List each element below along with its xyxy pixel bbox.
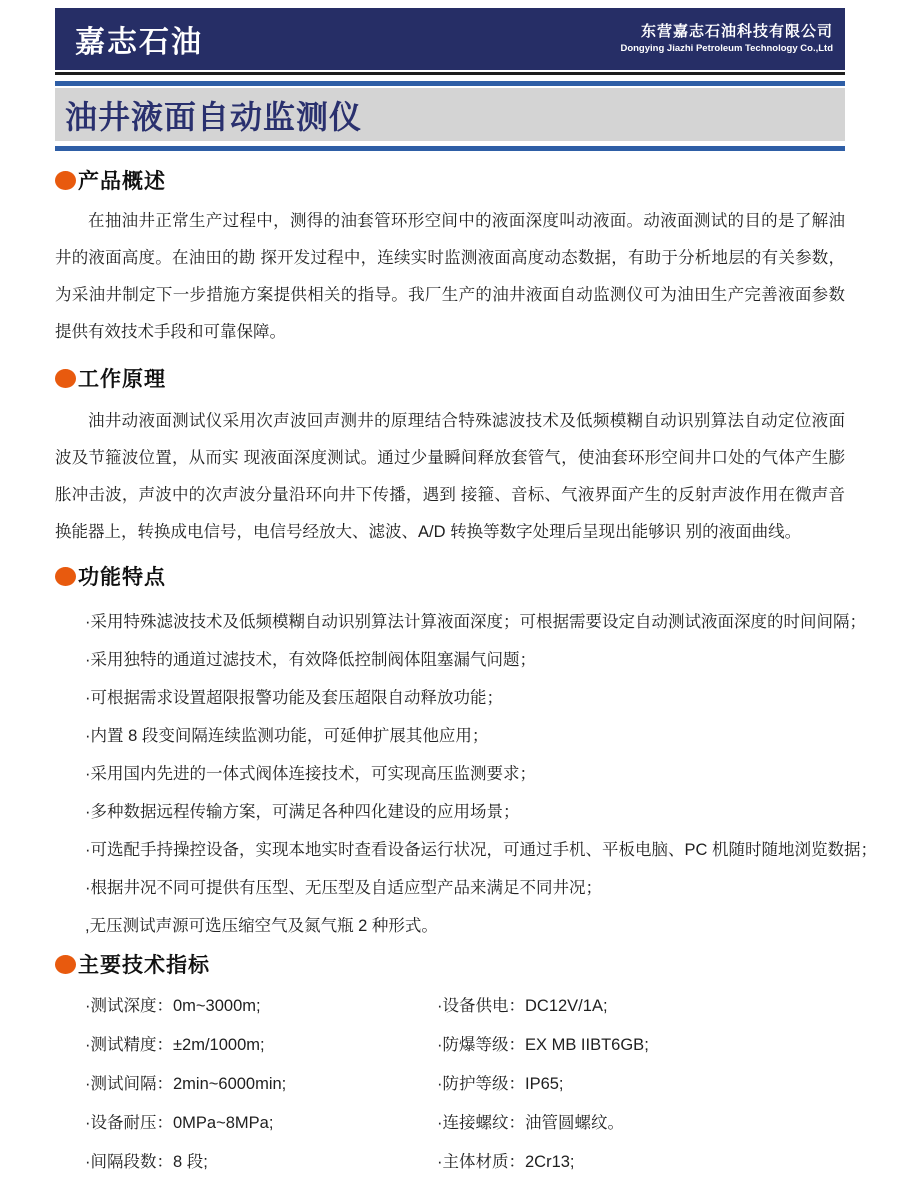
overview-heading-text: 产品概述 bbox=[78, 165, 166, 195]
company-name-cn: 东营嘉志石油科技有限公司 bbox=[620, 23, 833, 42]
spec-columns: ·测试深度：0m~3000m; ·测试精度：±2m/1000m; ·测试间隔：2… bbox=[55, 987, 845, 1182]
spec-item: ·连接螺纹：油管圆螺纹。 bbox=[437, 1104, 845, 1143]
feature-item: ·可根据需求设置超限报警功能及套压超限自动释放功能； bbox=[85, 679, 845, 717]
page-title: 油井液面自动监测仪 bbox=[65, 92, 362, 138]
spec-column-right: ·设备供电：DC12V/1A; ·防爆等级：EX MB IIBT6GB; ·防护… bbox=[437, 987, 845, 1182]
spec-item: ·测试精度：±2m/1000m; bbox=[85, 1026, 437, 1065]
spec-item: ·测试间隔：2min~6000min; bbox=[85, 1065, 437, 1104]
orange-bullet-icon bbox=[55, 171, 76, 190]
company-name-block: 东营嘉志石油科技有限公司 Dongying Jiazhi Petroleum T… bbox=[620, 23, 833, 56]
spec-item: ·主体材质：2Cr13; bbox=[437, 1143, 845, 1182]
orange-bullet-icon bbox=[55, 955, 76, 974]
spec-item: ·防爆等级：EX MB IIBT6GB; bbox=[437, 1026, 845, 1065]
feature-item: ·采用独特的通道过滤技术，有效降低控制阀体阻塞漏气问题； bbox=[85, 641, 845, 679]
spec-item: ·测试深度：0m~3000m; bbox=[85, 987, 437, 1026]
orange-bullet-icon bbox=[55, 369, 76, 388]
company-name-en: Dongying Jiazhi Petroleum Technology Co.… bbox=[620, 43, 833, 55]
feature-item: ·采用国内先进的一体式阀体连接技术，可实现高压监测要求； bbox=[85, 755, 845, 793]
spec-item: ·间隔段数：8 段; bbox=[85, 1143, 437, 1182]
spec-column-left: ·测试深度：0m~3000m; ·测试精度：±2m/1000m; ·测试间隔：2… bbox=[55, 987, 437, 1182]
section-heading-features: 功能特点 bbox=[55, 561, 845, 591]
header: 嘉志石油 东营嘉志石油科技有限公司 Dongying Jiazhi Petrol… bbox=[55, 8, 845, 70]
overview-paragraph: 在抽油井正常生产过程中，测得的油套管环形空间中的液面深度叫动液面。动液面测试的目… bbox=[55, 203, 845, 351]
specs-heading-text: 主要技术指标 bbox=[78, 949, 210, 979]
document-page: 嘉志石油 东营嘉志石油科技有限公司 Dongying Jiazhi Petrol… bbox=[0, 0, 900, 1188]
principle-paragraph: 油井动液面测试仪采用次声波回声测井的原理结合特殊滤波技术及低频模糊自动识别算法自… bbox=[55, 403, 845, 551]
principle-heading-text: 工作原理 bbox=[78, 363, 166, 393]
section-heading-specs: 主要技术指标 bbox=[55, 949, 845, 979]
feature-item: ·内置 8 段变间隔连续监测功能，可延伸扩展其他应用； bbox=[85, 717, 845, 755]
features-heading-text: 功能特点 bbox=[78, 561, 166, 591]
feature-item: ·多种数据远程传输方案，可满足各种四化建设的应用场景； bbox=[85, 793, 845, 831]
feature-item: ,无压测试声源可选压缩空气及氮气瓶 2 种形式。 bbox=[85, 907, 845, 945]
orange-bullet-icon bbox=[55, 567, 76, 586]
section-heading-principle: 工作原理 bbox=[55, 363, 845, 393]
feature-list: ·采用特殊滤波技术及低频模糊自动识别算法计算液面深度；可根据需要设定自动测试液面… bbox=[55, 603, 845, 945]
title-rule-top bbox=[55, 81, 845, 86]
spec-item: ·设备耐压：0MPa~8MPa; bbox=[85, 1104, 437, 1143]
spec-item: ·设备供电：DC12V/1A; bbox=[437, 987, 845, 1026]
title-bar: 油井液面自动监测仪 bbox=[55, 88, 845, 141]
title-rule-bottom bbox=[55, 146, 845, 151]
section-heading-overview: 产品概述 bbox=[55, 165, 845, 195]
header-underline bbox=[55, 72, 845, 75]
company-logo: 嘉志石油 bbox=[75, 17, 203, 61]
feature-item: ·采用特殊滤波技术及低频模糊自动识别算法计算液面深度；可根据需要设定自动测试液面… bbox=[85, 603, 845, 641]
feature-item: ·可选配手持操控设备，实现本地实时查看设备运行状况，可通过手机、平板电脑、PC … bbox=[85, 831, 845, 869]
feature-item: ·根据井况不同可提供有压型、无压型及自适应型产品来满足不同井况； bbox=[85, 869, 845, 907]
spec-item: ·防护等级：IP65; bbox=[437, 1065, 845, 1104]
